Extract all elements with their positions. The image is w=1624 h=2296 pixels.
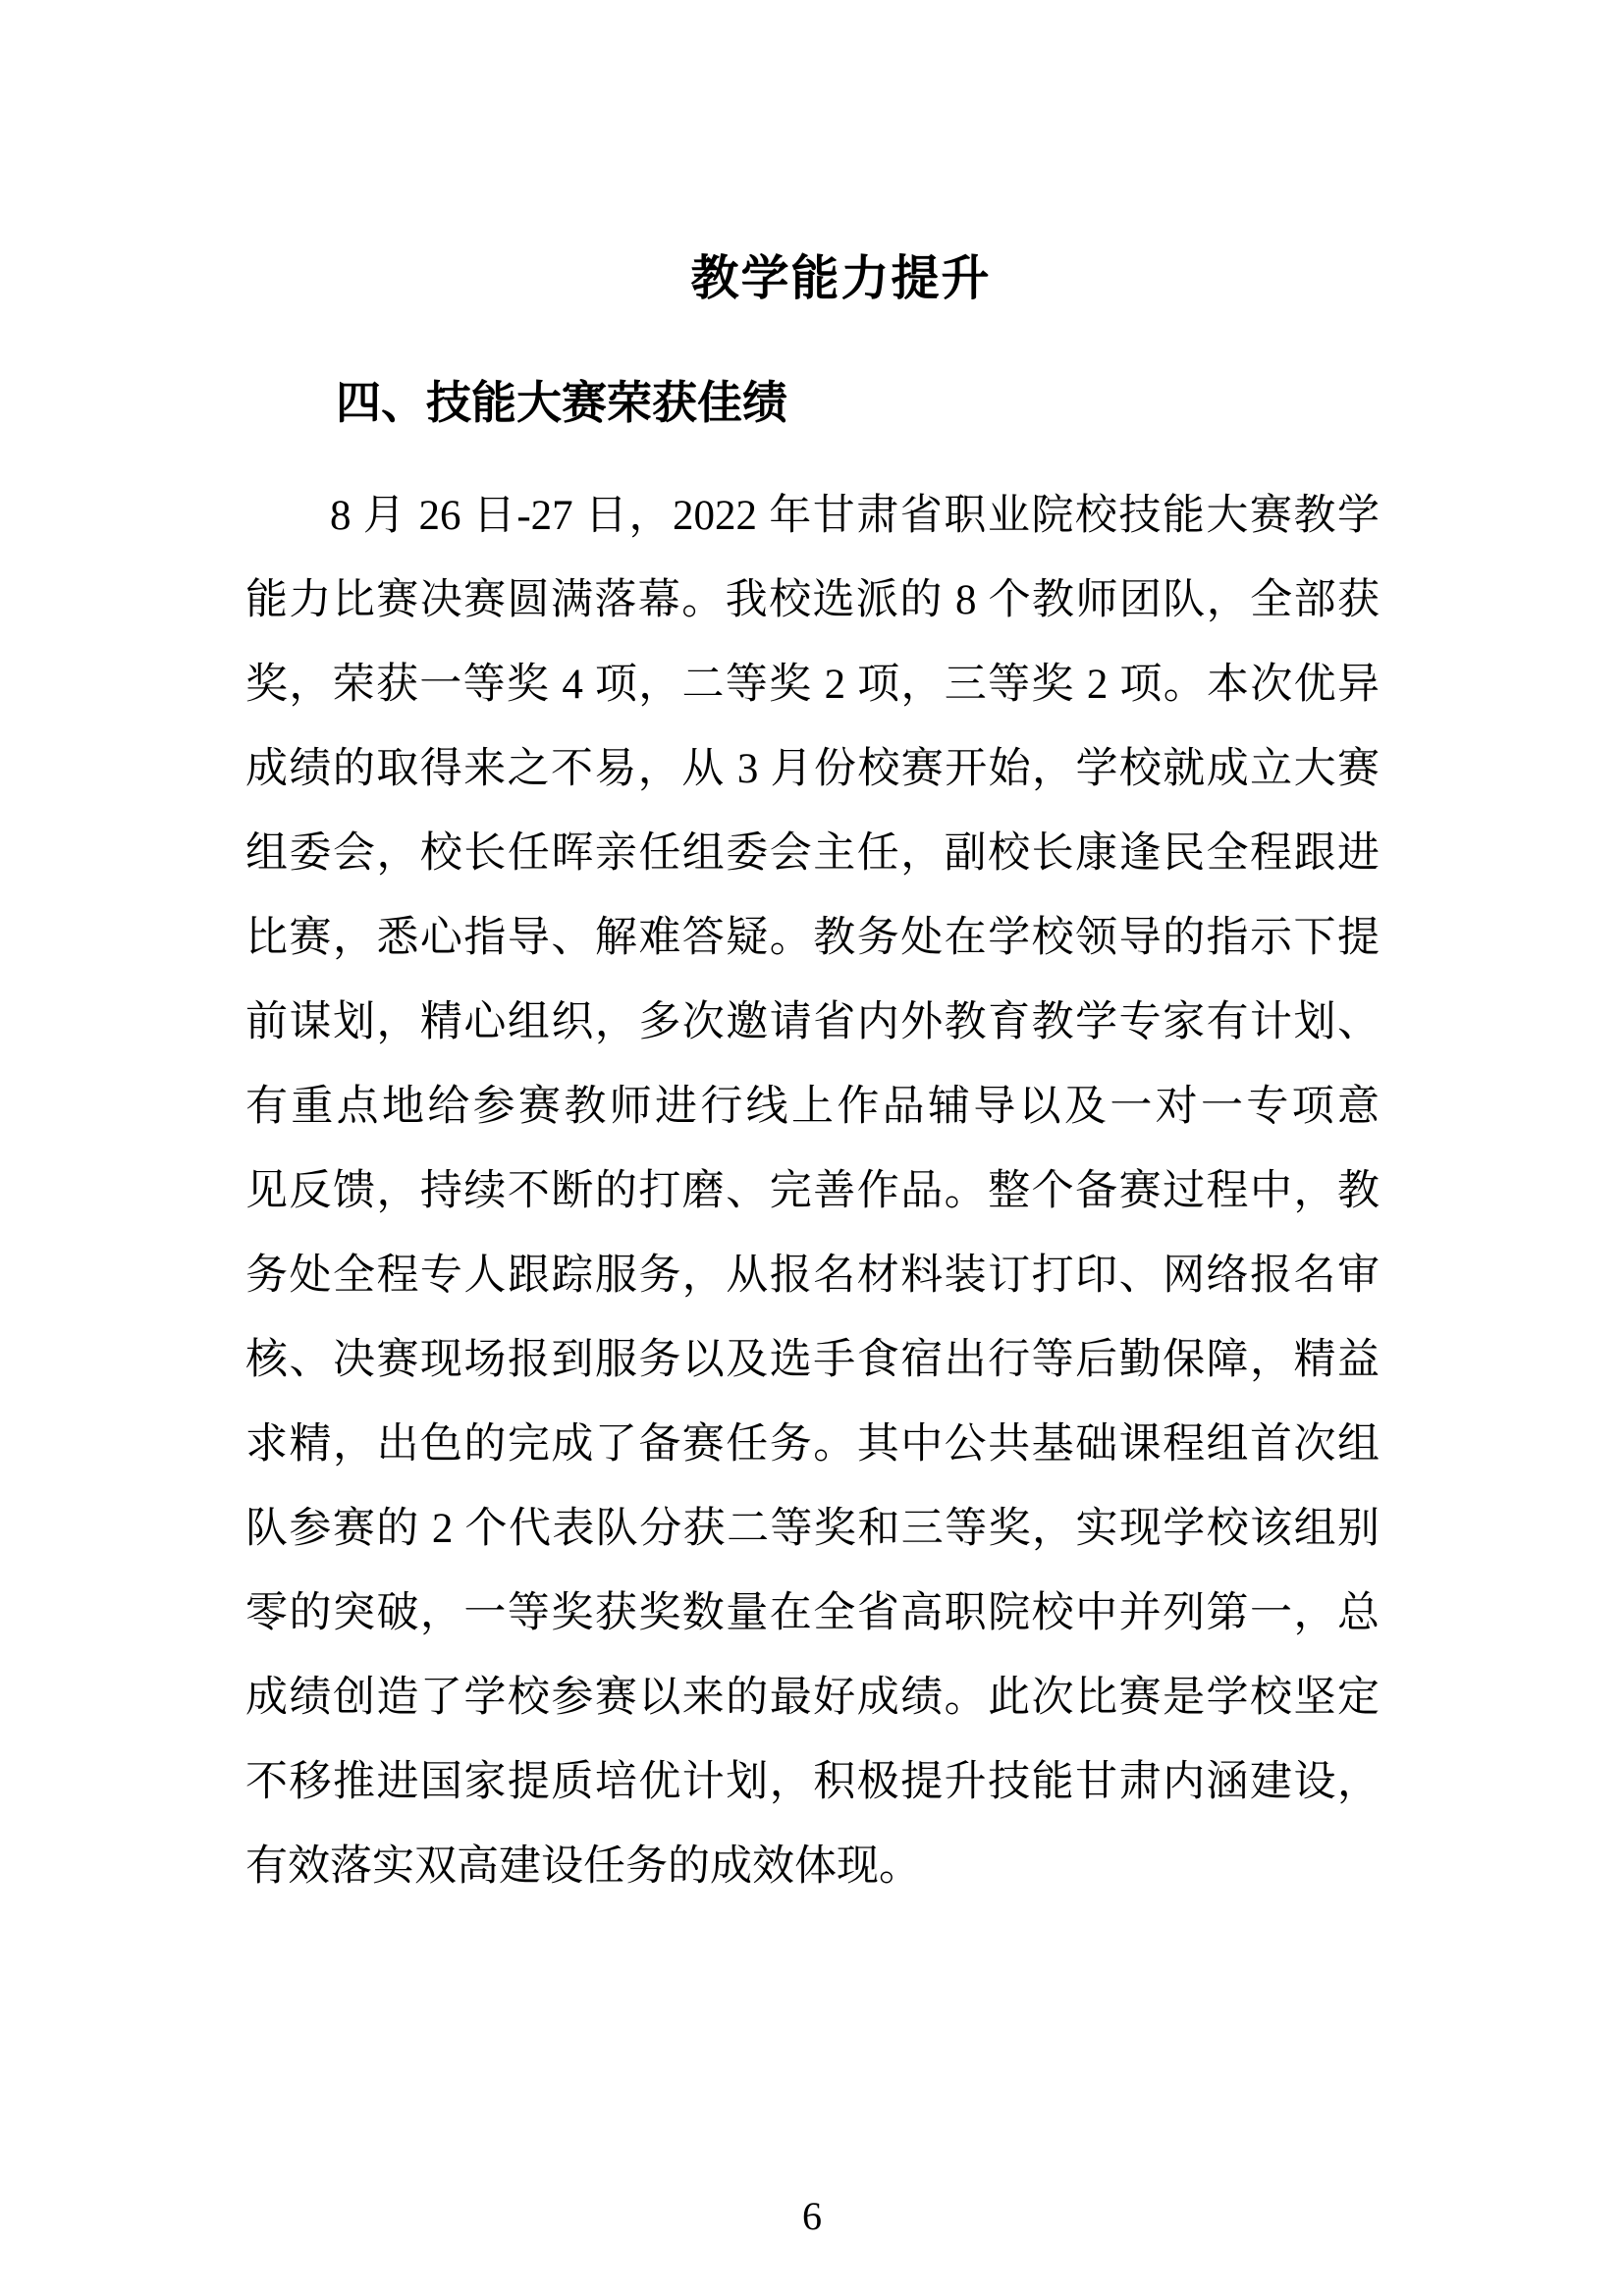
paragraph-line: 8 月 26 日-27 日，2022 年甘肃省职业院校技能大赛教学 <box>245 474 1380 559</box>
paragraph-line: 务处全程专人跟踪服务，从报名材料装订打印、网络报名审 <box>245 1234 1380 1318</box>
paragraph-line: 队参赛的 2 个代表队分获二等奖和三等奖，实现学校该组别 <box>245 1487 1380 1572</box>
paragraph-line: 组委会，校长任晖亲任组委会主任，副校长康逢民全程跟进 <box>245 812 1380 896</box>
page-title: 教学能力提升 <box>245 237 1380 321</box>
paragraph-line: 能力比赛决赛圆满落幕。我校选派的 8 个教师团队，全部获 <box>245 559 1380 643</box>
section-heading: 四、技能大赛荣获佳绩 <box>245 361 1380 446</box>
paragraph-line: 奖，荣获一等奖 4 项，二等奖 2 项，三等奖 2 项。本次优异 <box>245 643 1380 727</box>
paragraph-line: 有重点地给参赛教师进行线上作品辅导以及一对一专项意 <box>245 1065 1380 1149</box>
paragraph-line: 零的突破，一等奖获奖数量在全省高职院校中并列第一，总 <box>245 1572 1380 1656</box>
paragraph-line: 不移推进国家提质培优计划，积极提升技能甘肃内涵建设， <box>245 1740 1380 1825</box>
paragraph-line: 求精，出色的完成了备赛任务。其中公共基础课程组首次组 <box>245 1403 1380 1487</box>
paragraph-line: 成绩的取得来之不易，从 3 月份校赛开始，学校就成立大赛 <box>245 727 1380 812</box>
paragraph-line: 成绩创造了学校参赛以来的最好成绩。此次比赛是学校坚定 <box>245 1656 1380 1740</box>
paragraph-line: 比赛，悉心指导、解难答疑。教务处在学校领导的指示下提 <box>245 896 1380 981</box>
paragraph-line: 核、决赛现场报到服务以及选手食宿出行等后勤保障，精益 <box>245 1318 1380 1403</box>
paragraph-line: 有效落实双高建设任务的成效体现。 <box>245 1825 1380 1909</box>
paragraph-line: 见反馈，持续不断的打磨、完善作品。整个备赛过程中，教 <box>245 1149 1380 1234</box>
document-page: 教学能力提升 四、技能大赛荣获佳绩 8 月 26 日-27 日，2022 年甘肃… <box>0 0 1624 2296</box>
paragraph: 8 月 26 日-27 日，2022 年甘肃省职业院校技能大赛教学能力比赛决赛圆… <box>245 474 1380 1909</box>
paragraph-line: 前谋划，精心组织，多次邀请省内外教育教学专家有计划、 <box>245 981 1380 1065</box>
page-number: 6 <box>0 2189 1624 2244</box>
